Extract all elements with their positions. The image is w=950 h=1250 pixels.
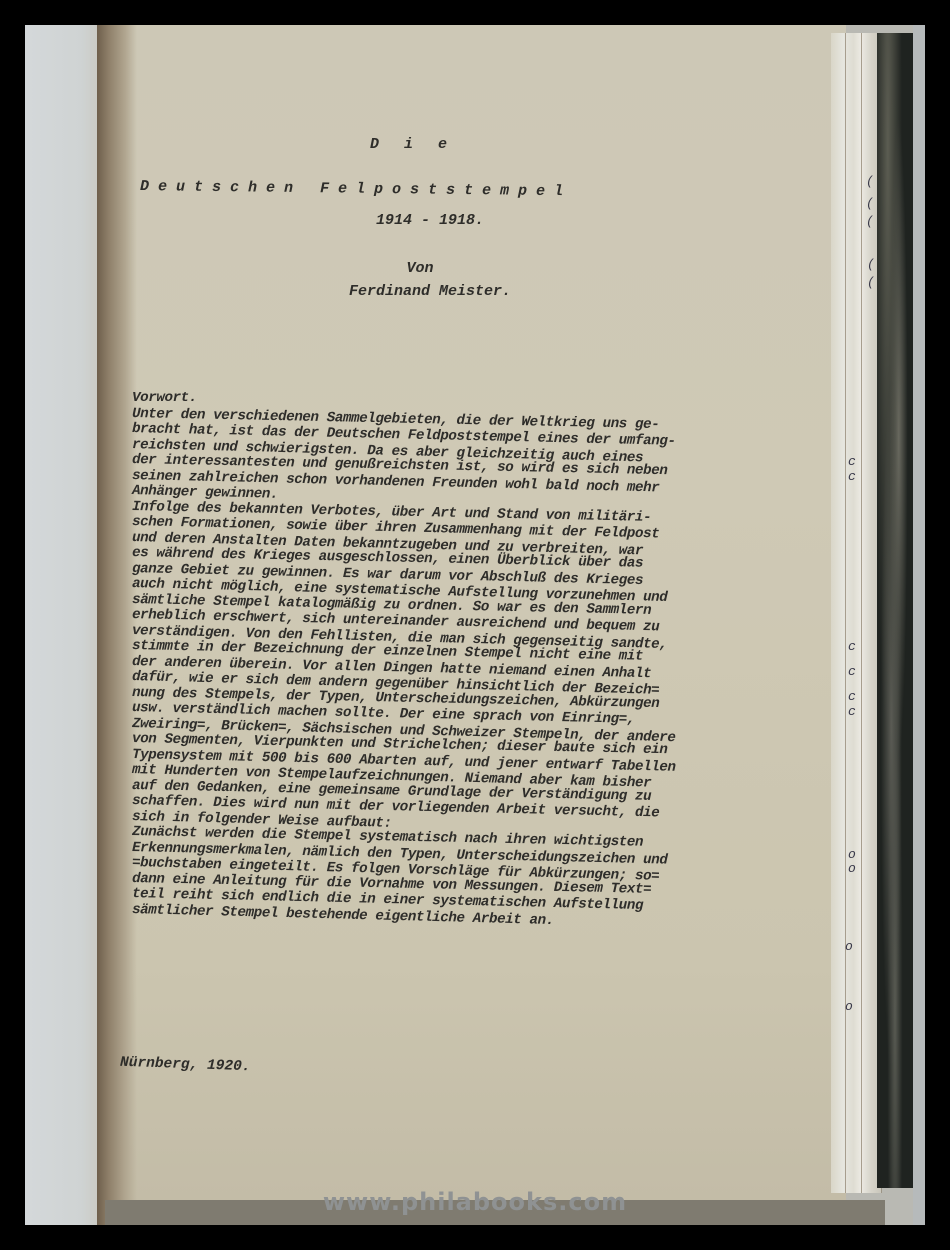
section-heading: Vorwort. [132,391,832,407]
byline-von: Von [300,260,540,277]
body-paragraphs: Unter den verschiedenen Sammelgebieten, … [132,407,832,919]
title-line-2: Deutschen Felpoststempel [140,178,572,200]
watermark: www.philabooks.com [0,1188,950,1216]
body-text: Vorwort. Unter den verschiedenen Sammelg… [132,391,832,918]
document: D i e Deutschen Felpoststempel 1914 - 19… [0,0,950,1250]
title-years: 1914 - 1918. [300,212,560,229]
title-line-1: D i e [370,136,455,153]
place-date: Nürnberg, 1920. [120,1055,251,1076]
author-name: Ferdinand Meister. [270,283,590,300]
